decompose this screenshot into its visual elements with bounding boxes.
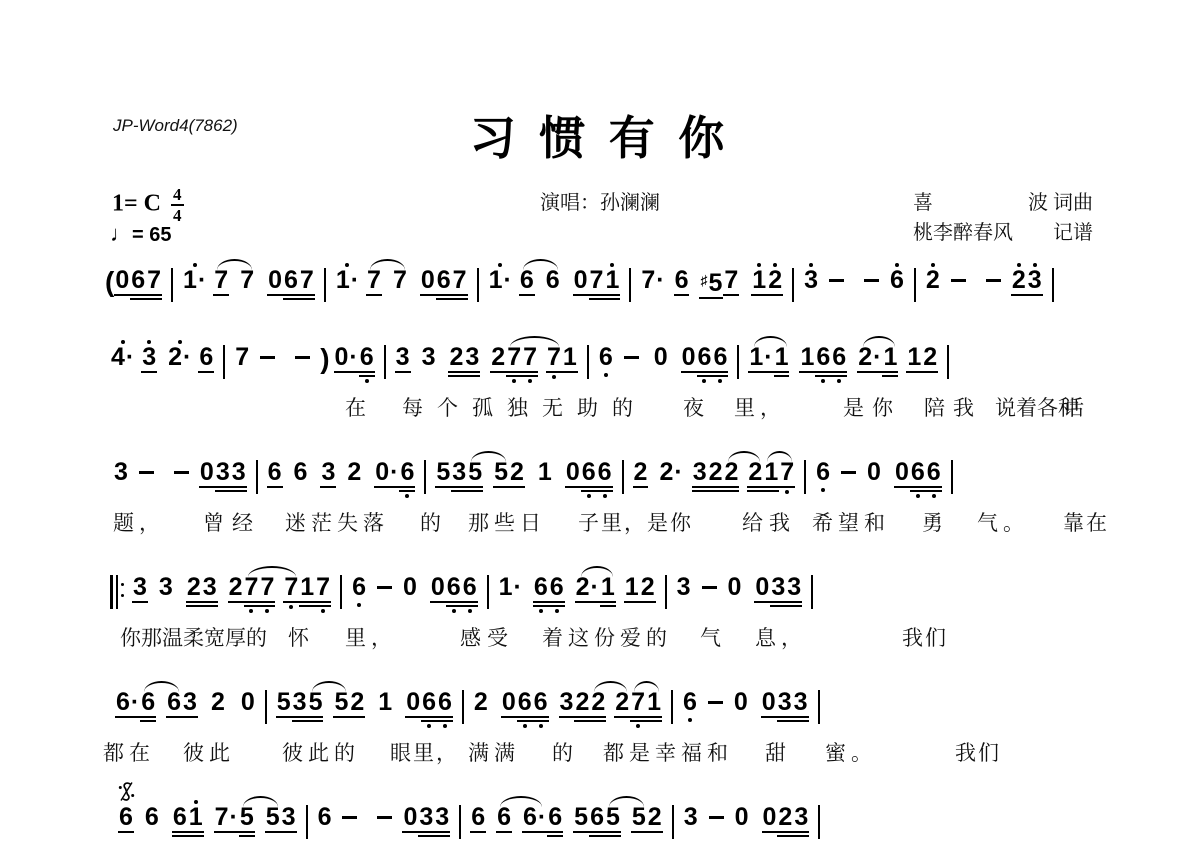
jianpu-note: 1 (906, 345, 922, 380)
octave-dot-below (365, 379, 369, 383)
octave-dot-above (194, 800, 198, 804)
jianpu-note: 1 (646, 690, 662, 725)
jianpu-note: 7 (723, 268, 739, 303)
duration-dash (377, 586, 392, 589)
lyric-text: 勇 (922, 507, 948, 537)
jianpu-note: 6 (317, 805, 333, 840)
barline (487, 575, 489, 609)
jianpu-note: 6 (533, 575, 549, 610)
jianpu-note: 0 (573, 268, 589, 303)
jianpu-note: 3 (786, 575, 802, 610)
jianpu-note: 1· (748, 345, 773, 380)
jianpu-note: 6 (682, 690, 698, 725)
jianpu-note: 0 (733, 690, 749, 725)
jianpu-note: 7 (315, 575, 331, 610)
jianpu-note: 6 (581, 460, 597, 495)
lyric-text: 蜜。 (825, 737, 877, 767)
jianpu-note: 3 (202, 575, 218, 610)
jianpu-note: 2 (633, 460, 649, 495)
slur-arc (471, 451, 506, 462)
jianpu-note: 6 (815, 345, 831, 380)
duration-dash (864, 279, 879, 282)
jianpu-note: 3 (676, 575, 692, 610)
jianpu-note: 3 (793, 690, 809, 725)
jianpu-note: 1 (763, 460, 779, 495)
lyric-text: 靠在 (1063, 507, 1109, 537)
jianpu-note: 6 (166, 690, 182, 725)
octave-dot-below (603, 494, 607, 498)
segno-icon (118, 781, 135, 802)
octave-dot-below (249, 609, 253, 613)
octave-dot-below (718, 379, 722, 383)
jianpu-note: 2 (228, 575, 244, 610)
jianpu-note: 0 (430, 575, 446, 610)
barline (665, 575, 667, 609)
slur-arc (523, 259, 558, 270)
jianpu-note: 1 (188, 805, 204, 840)
octave-dot-below (702, 379, 706, 383)
jianpu-note: 6 (198, 345, 214, 380)
lyric-text: 的 (420, 507, 446, 537)
jianpu-note: 2· (575, 575, 600, 610)
jianpu-note: 3 (683, 805, 699, 840)
octave-dot-below (555, 609, 559, 613)
jianpu-note: 3 (793, 805, 809, 840)
jianpu-note: 6 (130, 268, 146, 303)
slur-arc (144, 681, 179, 692)
sharp-icon: ♯ (700, 272, 707, 288)
jianpu-note: 0 (402, 575, 418, 610)
octave-dot-below (552, 375, 556, 379)
jianpu-note: 0 (565, 460, 581, 495)
octave-dot-below (821, 488, 825, 492)
octave-dot-below (321, 609, 325, 613)
jianpu-note: 5 (265, 805, 281, 840)
jianpu-note: 7 (239, 268, 255, 303)
jianpu-note: 1 (624, 575, 640, 610)
jianpu-note: 3 (231, 460, 247, 495)
slur-arc (500, 796, 542, 807)
jianpu-note: 6 (437, 690, 453, 725)
octave-dot-below (785, 490, 789, 494)
barline (818, 690, 820, 724)
jianpu-note: 6 (140, 690, 156, 725)
jianpu-note: 2 (708, 460, 724, 495)
duration-dash (986, 279, 1001, 282)
octave-dot-below (916, 494, 920, 498)
jianpu-note: 0· (334, 345, 359, 380)
octave-dot-below (932, 494, 936, 498)
jianpu-note: 0 (734, 805, 750, 840)
jianpu-note: 2 (448, 345, 464, 380)
jianpu-note: 6 (545, 268, 561, 303)
jianpu-note: 7 (506, 345, 522, 380)
lyric-text: 彼此的 (282, 737, 360, 767)
duration-dash (295, 356, 310, 359)
jianpu-note: 7 (366, 268, 382, 303)
octave-dot-below (405, 494, 409, 498)
jianpu-note: 1· (488, 268, 513, 303)
jianpu-note: 3 (132, 575, 148, 610)
octave-dot-above (1033, 263, 1037, 267)
jianpu-note: 6 (926, 460, 942, 495)
jianpu-note: 2 (1011, 268, 1027, 303)
jianpu-note: 0 (681, 345, 697, 380)
score-area: (0671·770671·770671·660717·6♯5712362234·… (0, 0, 1200, 850)
octave-dot-below (528, 379, 532, 383)
jianpu-note: 7 (546, 345, 562, 380)
system-3: 303366320·653552106622·32221760066 (113, 460, 962, 506)
slur-arc (581, 566, 613, 577)
barline (671, 690, 673, 724)
jianpu-note: 7 (779, 460, 795, 495)
jianpu-note: 7 (630, 690, 646, 725)
octave-dot-below (636, 724, 640, 728)
jianpu-note: 0 (240, 690, 256, 725)
duration-dash (377, 816, 392, 819)
parenthesis: ) (320, 345, 329, 373)
jianpu-note: 3 (559, 690, 575, 725)
jianpu-note: 3 (182, 690, 198, 725)
jianpu-note: 3 (451, 460, 467, 495)
jianpu-note: 5 (308, 690, 324, 725)
octave-dot-above (121, 340, 125, 344)
slur-arc (754, 336, 787, 347)
lyric-text: 你那温柔宽厚的 (120, 622, 267, 652)
jianpu-note: 0 (420, 268, 436, 303)
jianpu-note: 2 (767, 268, 783, 303)
jianpu-note: 0 (894, 460, 910, 495)
lyric-text: 曾经 (203, 507, 261, 537)
duration-dash (139, 471, 154, 474)
jianpu-note: 6 (436, 268, 452, 303)
jianpu-note: 6 (462, 575, 478, 610)
jianpu-note: 1 (774, 345, 790, 380)
jianpu-note: 6 (496, 805, 512, 840)
lyric-text: 的 (552, 737, 578, 767)
jianpu-note: 6 (517, 690, 533, 725)
jianpu-note: 3 (770, 575, 786, 610)
jianpu-note: 6 (446, 575, 462, 610)
jianpu-note: 2 (210, 690, 226, 725)
octave-dot-above (178, 340, 182, 344)
slur-arc (863, 336, 895, 347)
jianpu-note: 2 (647, 805, 663, 840)
octave-dot-below (427, 724, 431, 728)
jianpu-note: 2 (346, 460, 362, 495)
jianpu-note: 7 (589, 268, 605, 303)
jianpu-note: 1· (335, 268, 360, 303)
octave-dot-below (604, 373, 608, 377)
duration-dash (260, 356, 275, 359)
barline (340, 575, 342, 609)
jianpu-note: 6 (351, 575, 367, 610)
jianpu-note: 6 (831, 345, 847, 380)
barline (256, 460, 258, 494)
octave-dot-above (1017, 263, 1021, 267)
jianpu-note: 1 (604, 268, 620, 303)
jianpu-note: 6 (815, 460, 831, 495)
jianpu-note: 7 (234, 345, 250, 380)
jianpu-note: 6 (283, 268, 299, 303)
lyric-text: 彼此 (183, 737, 235, 767)
jianpu-note: ♯5 (699, 268, 723, 306)
system-2: 4·32·67)0·6332327771600661·11662·112 (110, 345, 958, 391)
system-6: 66617·5536033666·65655230023 (118, 805, 829, 850)
barline (459, 805, 461, 839)
jianpu-note: 0 (866, 460, 882, 495)
sheet-music-page: JP-Word4(7862) 习 惯 有 你 1= C44 ♩= 65 演唱：孙… (0, 0, 1200, 850)
lyric-text: 在 (345, 392, 371, 422)
jianpu-note: 3 (692, 460, 708, 495)
jianpu-note: 0 (754, 575, 770, 610)
jianpu-note: 0 (762, 805, 778, 840)
jianpu-note: 6 (549, 575, 565, 610)
slur-arc (370, 259, 405, 270)
jianpu-note: 7 (283, 575, 299, 610)
octave-dot-below (289, 605, 293, 609)
lyric-text: 感受 (460, 622, 514, 652)
jianpu-note: 2 (777, 805, 793, 840)
jianpu-note: 6· (522, 805, 547, 840)
barline (171, 268, 173, 302)
system-4: 3323277717600661·662·11230033 (110, 575, 822, 621)
jianpu-note: 5 (605, 805, 621, 840)
octave-dot-below (523, 724, 527, 728)
duration-dash (951, 279, 966, 282)
lyric-text: 着这份爱的 (542, 622, 672, 652)
lyric-text: 息， (755, 622, 807, 652)
jianpu-note: 3 (215, 460, 231, 495)
jianpu-note: 1 (537, 460, 553, 495)
jianpu-note: 6· (115, 690, 140, 725)
jianpu-note: 6 (421, 690, 437, 725)
lyric-text: 我们 (955, 737, 1001, 767)
slur-arc (217, 259, 252, 270)
jianpu-note: 1 (882, 345, 898, 380)
slur-arc (634, 681, 659, 692)
jianpu-note: 6 (359, 345, 375, 380)
lyric-text: 气 (700, 622, 726, 652)
duration-dash (174, 471, 189, 474)
duration-dash (841, 471, 856, 474)
jianpu-note: 6 (267, 460, 283, 495)
slur-arc (728, 451, 760, 462)
jianpu-note: 2· (857, 345, 882, 380)
slur-arc (609, 796, 644, 807)
octave-dot-above (895, 263, 899, 267)
jianpu-note: 3 (464, 345, 480, 380)
system-1: (0671·770671·770671·660717·6♯571236223 (105, 268, 1063, 314)
octave-dot-below (539, 609, 543, 613)
jianpu-note: 4· (110, 345, 135, 380)
slur-arc (248, 566, 296, 577)
lyric-text: 都在 (103, 737, 155, 767)
lyric-text: 气。 (977, 507, 1029, 537)
jianpu-note: 3 (113, 460, 129, 495)
jianpu-note: 5 (435, 460, 451, 495)
jianpu-note: 0 (114, 268, 130, 303)
barline (1052, 268, 1054, 302)
jianpu-note: 1· (182, 268, 207, 303)
jianpu-note: 3 (1027, 268, 1043, 303)
barline (804, 460, 806, 494)
duration-dash (709, 816, 724, 819)
jianpu-note: 5 (239, 805, 255, 840)
jianpu-note: 6 (144, 805, 160, 840)
octave-dot-below (821, 379, 825, 383)
jianpu-note: 5 (467, 460, 483, 495)
jianpu-note: 3 (418, 805, 434, 840)
barline (424, 460, 426, 494)
jianpu-note: 6 (597, 460, 613, 495)
lyric-text: 都是幸福和 (603, 737, 733, 767)
jianpu-note: 1 (299, 575, 315, 610)
jianpu-note: 0 (402, 805, 418, 840)
jianpu-note: 6 (519, 268, 535, 303)
jianpu-note: 7 (452, 268, 468, 303)
jianpu-note: 0 (267, 268, 283, 303)
jianpu-note: 6 (889, 268, 905, 303)
jianpu-note: 7 (299, 268, 315, 303)
jianpu-note: 7 (392, 268, 408, 303)
lyric-text: 题， (113, 507, 165, 537)
jianpu-note: 2 (186, 575, 202, 610)
lyric-text: 里， (734, 392, 786, 422)
slur-arc (767, 451, 792, 462)
jianpu-note: 2· (167, 345, 192, 380)
jianpu-note: 2 (349, 690, 365, 725)
duration-dash (829, 279, 844, 282)
jianpu-note: 1· (498, 575, 523, 610)
barline (306, 805, 308, 839)
barline (462, 690, 464, 724)
slur-arc (312, 681, 346, 692)
duration-dash (708, 701, 723, 704)
jianpu-note: 6 (547, 805, 563, 840)
jianpu-note: 2 (922, 345, 938, 380)
lyric-text: 怀 (288, 622, 314, 652)
lyric-text: 给我 (742, 507, 796, 537)
jianpu-note: 6 (118, 805, 134, 840)
jianpu-note: 2 (590, 690, 606, 725)
jianpu-note: 7· (214, 805, 239, 840)
barline (477, 268, 479, 302)
jianpu-note: 1 (799, 345, 815, 380)
lyric-text: 每个孤独无助的 (402, 392, 647, 422)
octave-dot-below (443, 724, 447, 728)
jianpu-note: 3 (395, 345, 411, 380)
lyric-text: 满满 (468, 737, 520, 767)
jianpu-note: 5 (493, 460, 509, 495)
jianpu-note: 3 (281, 805, 297, 840)
barline (629, 268, 631, 302)
duration-dash (702, 586, 717, 589)
lyric-text: 子里，是你 (578, 507, 693, 537)
jianpu-note: 6 (172, 805, 188, 840)
jianpu-note: 7 (259, 575, 275, 610)
lyric-text: 那些日 (468, 507, 546, 537)
repeat-start-sign (110, 575, 126, 609)
octave-dot-below (837, 379, 841, 383)
lyric-text: 眼里， (390, 737, 459, 767)
barline (914, 268, 916, 302)
jianpu-note: 7 (146, 268, 162, 303)
jianpu-note: 1 (377, 690, 393, 725)
barline (672, 805, 674, 839)
octave-dot-below (357, 603, 361, 607)
jianpu-note: 3 (292, 690, 308, 725)
jianpu-note: 2 (574, 690, 590, 725)
jianpu-note: 1 (562, 345, 578, 380)
jianpu-note: 0 (199, 460, 215, 495)
jianpu-note: 2 (490, 345, 506, 380)
jianpu-note: 3 (141, 345, 157, 380)
jianpu-note: 7· (640, 268, 665, 303)
jianpu-note: 2 (509, 460, 525, 495)
jianpu-note: 2 (925, 268, 941, 303)
barline (587, 345, 589, 379)
barline (818, 805, 820, 839)
slur-arc (594, 681, 627, 692)
barline (622, 460, 624, 494)
jianpu-note: 6 (589, 805, 605, 840)
jianpu-note: 3 (803, 268, 819, 303)
barline (951, 460, 953, 494)
jianpu-note: 5 (276, 690, 292, 725)
jianpu-note: 7 (213, 268, 229, 303)
jianpu-note: 2· (658, 460, 683, 495)
lyric-text: 里， (345, 622, 397, 652)
jianpu-note: 7 (522, 345, 538, 380)
jianpu-note: 0 (727, 575, 743, 610)
jianpu-note: 6 (533, 690, 549, 725)
barline (737, 345, 739, 379)
jianpu-note: 1 (751, 268, 767, 303)
slur-arc (510, 336, 559, 347)
barline (265, 690, 267, 724)
jianpu-note: 6 (293, 460, 309, 495)
duration-dash (624, 356, 639, 359)
octave-dot-below (539, 724, 543, 728)
jianpu-note: 2 (724, 460, 740, 495)
lyric-text: 是你 (843, 392, 901, 422)
barline (384, 345, 386, 379)
lyric-text: 甜 (765, 737, 791, 767)
lyric-text: 希望和 (812, 507, 890, 537)
jianpu-note: 7 (244, 575, 260, 610)
octave-dot-below (688, 718, 692, 722)
jianpu-note: 3 (777, 690, 793, 725)
jianpu-note: 5 (631, 805, 647, 840)
lyric-text: 迷茫失落 (285, 507, 389, 537)
jianpu-note: 6 (674, 268, 690, 303)
barline (324, 268, 326, 302)
jianpu-note: 5 (573, 805, 589, 840)
octave-dot-below (265, 609, 269, 613)
octave-dot-below (452, 609, 456, 613)
jianpu-note: 2 (640, 575, 656, 610)
system-5: 6·66320535521066206632227160033 (115, 690, 829, 736)
jianpu-note: 6 (598, 345, 614, 380)
lyric-text: 话 (1063, 392, 1089, 422)
octave-dot-above (193, 263, 197, 267)
jianpu-note: 2 (473, 690, 489, 725)
jianpu-note: 3 (421, 345, 437, 380)
octave-dot-below (512, 379, 516, 383)
lyric-text: 陪我 (924, 392, 982, 422)
barline (792, 268, 794, 302)
